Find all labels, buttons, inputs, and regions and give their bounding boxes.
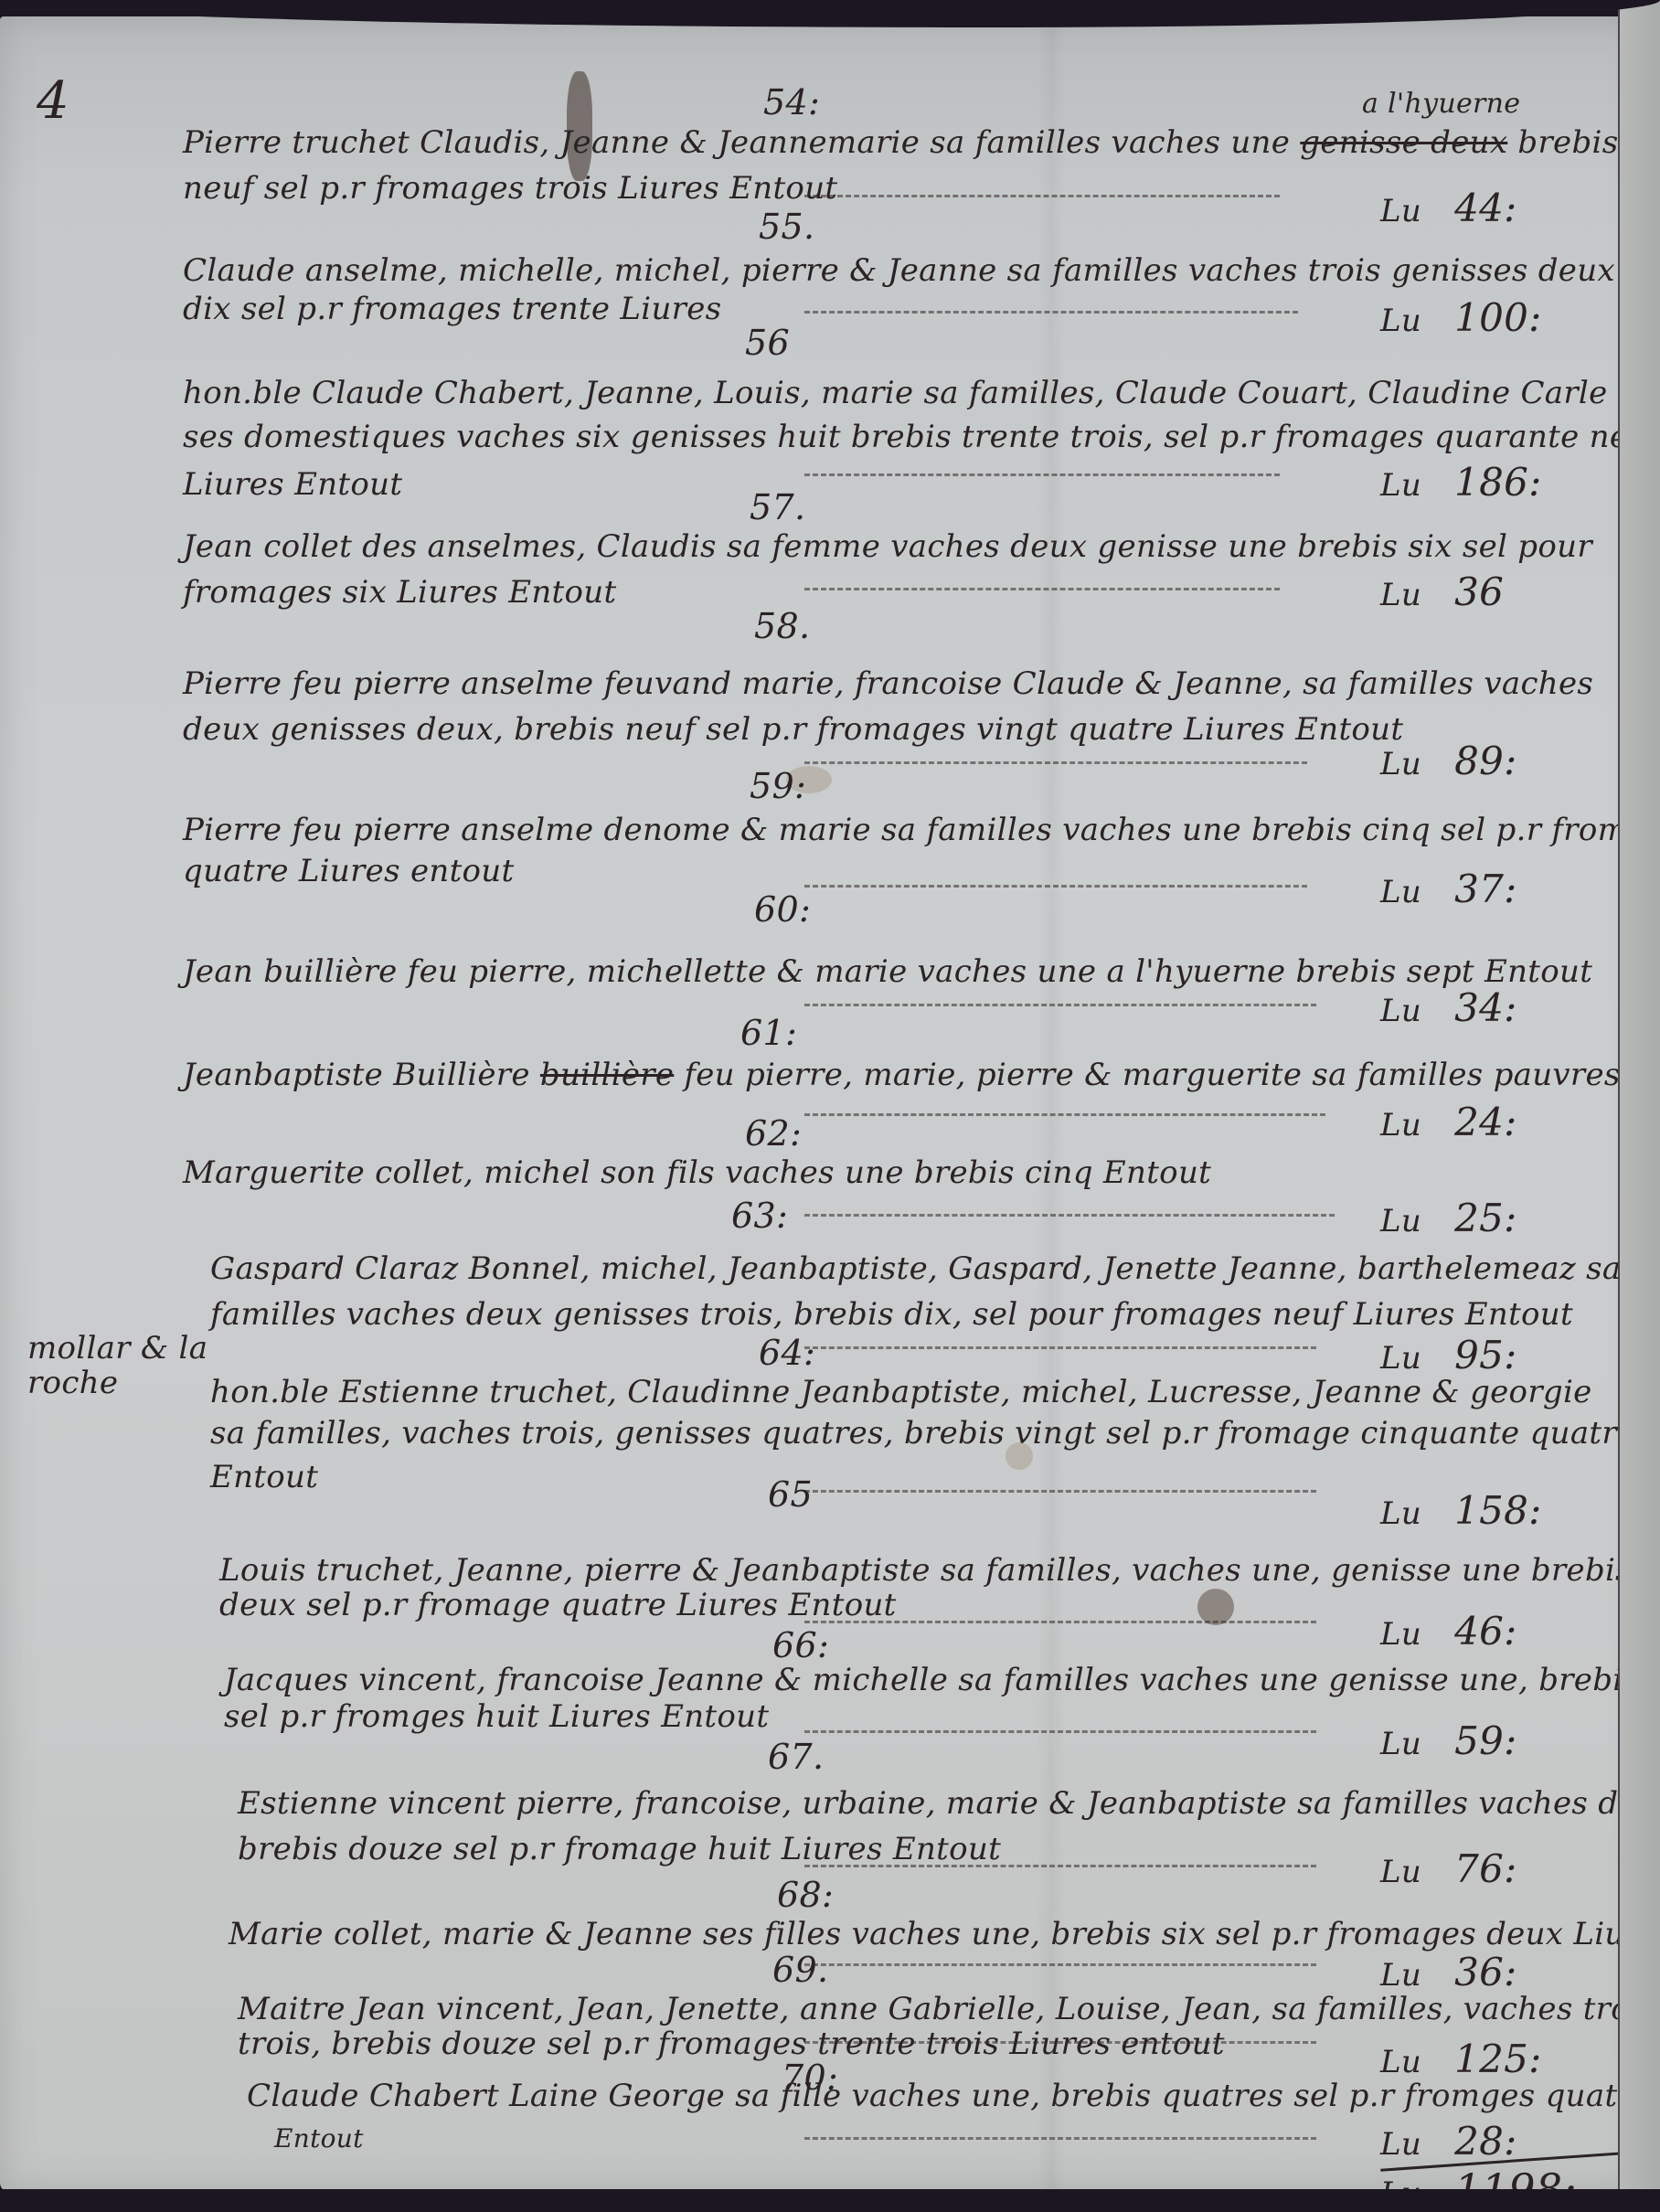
margin-note: mollar & la roche <box>27 1331 207 1400</box>
entry-line: Maitre Jean vincent, Jean, Jenette, anne… <box>238 1991 1660 2027</box>
entry-line: Pierre feu pierre anselme denome & marie… <box>183 812 1660 848</box>
entry-number: 59: <box>750 766 806 806</box>
entry-amount: Lu46: <box>1380 1609 1517 1654</box>
leader-dashes <box>804 311 1298 315</box>
entry-line: Jean buillière feu pierre, michellette &… <box>183 953 1592 990</box>
entry-amount: Lu125: <box>1380 2037 1542 2081</box>
entry-line: familles vaches deux genisses trois, bre… <box>210 1296 1573 1333</box>
entry-line: neuf sel p.r fromages trois Liures Entou… <box>183 170 837 207</box>
entry-amount: Lu186: <box>1380 460 1542 505</box>
facing-page-edge <box>1618 0 1660 2212</box>
leader-dashes <box>804 588 1280 592</box>
entry-line: Pierre truchet Claudis, Jeanne & Jeannem… <box>183 124 1618 161</box>
leader-dashes <box>804 1963 1316 1968</box>
leader-dashes <box>804 1730 1316 1735</box>
entry-line: Jacques vincent, francoise Jeanne & mich… <box>224 1662 1660 1698</box>
entry-line: Claude anselme, michelle, michel, pierre… <box>183 252 1660 289</box>
entry-line: quatre Liures entout <box>183 853 514 889</box>
entry-amount: Lu34: <box>1380 985 1517 1030</box>
entry-line: ses domestiques vaches six genisses huit… <box>183 419 1660 455</box>
leader-dashes <box>804 1490 1316 1494</box>
leader-dashes <box>804 1621 1316 1625</box>
entry-amount: Lu44: <box>1380 186 1517 230</box>
entry-line: Jeanbaptiste Buillière buillière feu pie… <box>183 1057 1621 1093</box>
entry-line: deux sel p.r fromage quatre Liures Entou… <box>219 1587 897 1623</box>
entry-line: Claude Chabert Laine George sa fille vac… <box>247 2078 1660 2114</box>
entry-number: 61: <box>740 1013 797 1053</box>
entry-line: fromages six Liures Entout <box>183 574 616 611</box>
leader-dashes <box>804 885 1307 889</box>
entry-number: 62: <box>745 1113 802 1154</box>
entry-line: Marguerite collet, michel son fils vache… <box>183 1154 1211 1191</box>
entry-line: Entout <box>210 1459 318 1495</box>
entry-number: 58. <box>754 606 810 646</box>
entry-line: Jean collet des anselmes, Claudis sa fem… <box>183 528 1592 565</box>
entry-line: Pierre feu pierre anselme feuvand marie,… <box>183 665 1593 702</box>
entry-number: 66: <box>772 1625 829 1665</box>
entry-number: 60: <box>754 889 811 930</box>
leader-dashes <box>804 1865 1316 1869</box>
leader-dashes <box>804 473 1280 478</box>
leader-dashes <box>804 1113 1325 1118</box>
entry-line: brebis douze sel p.r fromage huit Liures… <box>238 1831 1001 1867</box>
entry-number: 67. <box>768 1737 824 1777</box>
page-number: 4 <box>37 71 69 131</box>
entry-amount: Lu24: <box>1380 1100 1517 1144</box>
entry-number: 69. <box>772 1950 828 1990</box>
entry-number: 63: <box>731 1196 788 1236</box>
leader-dashes <box>804 195 1280 199</box>
entry-line: Liures Entout <box>183 466 402 503</box>
entry-number: 55. <box>759 207 814 247</box>
entry-amount: Lu36: <box>1380 1950 1517 1994</box>
manuscript-scan: 4 54: a l'hyuerne Pierre truchet Claudis… <box>0 0 1660 2212</box>
entry-number: 57. <box>750 487 805 527</box>
ink-stain <box>1197 1589 1234 1625</box>
struck-text: buillière <box>540 1057 674 1093</box>
entry-number: 68: <box>777 1875 834 1915</box>
leader-dashes <box>804 1346 1316 1351</box>
entry-line: deux genisses deux, brebis neuf sel p.r … <box>183 711 1403 748</box>
entry-line: hon.ble Claude Chabert, Jeanne, Louis, m… <box>183 375 1608 411</box>
entry-amount: Lu28: <box>1380 2119 1517 2164</box>
leader-dashes <box>804 2137 1316 2142</box>
entry-amount: Lu25: <box>1380 1196 1517 1240</box>
entry-amount: Lu36 <box>1380 569 1504 614</box>
leader-dashes <box>804 2041 1316 2046</box>
entry-line: dix sel p.r fromages trente Liures <box>183 291 721 327</box>
entry-number: 65 <box>768 1474 813 1515</box>
entry-line: Estienne vincent pierre, francoise, urba… <box>238 1785 1660 1822</box>
leader-dashes <box>804 1004 1316 1008</box>
entry-amount: Lu158: <box>1380 1488 1542 1533</box>
entry-number: 54: <box>763 82 820 122</box>
entry-line: Marie collet, marie & Jeanne ses filles … <box>229 1916 1660 1952</box>
scan-bottom-edge <box>0 2189 1660 2212</box>
entry-amount: Lu59: <box>1380 1718 1517 1763</box>
entry-number: 64: <box>759 1333 815 1373</box>
manuscript-page: 4 54: a l'hyuerne Pierre truchet Claudis… <box>0 16 1645 2192</box>
entry-number: 56 <box>745 323 790 363</box>
entry-amount: Lu100: <box>1380 295 1542 340</box>
entry-line: Gaspard Claraz Bonnel, michel, Jeanbapti… <box>210 1250 1621 1287</box>
entry-amount: Lu89: <box>1380 739 1517 783</box>
entry-amount: Lu95: <box>1380 1333 1517 1377</box>
entry-amount: Lu37: <box>1380 867 1517 911</box>
entry-line: hon.ble Estienne truchet, Claudinne Jean… <box>210 1374 1592 1410</box>
entry-line: sa familles, vaches trois, genisses quat… <box>210 1415 1660 1452</box>
leader-dashes <box>804 761 1307 766</box>
entry-line: Entout <box>274 2123 364 2154</box>
entry-line: Louis truchet, Jeanne, pierre & Jeanbapt… <box>219 1552 1632 1589</box>
entry-amount: Lu76: <box>1380 1846 1517 1891</box>
insertion-note: a l'hyuerne <box>1362 88 1520 120</box>
leader-dashes <box>804 1214 1335 1218</box>
struck-text: genisse deux <box>1300 124 1507 161</box>
entry-line: sel p.r fromges huit Liures Entout <box>224 1698 769 1735</box>
